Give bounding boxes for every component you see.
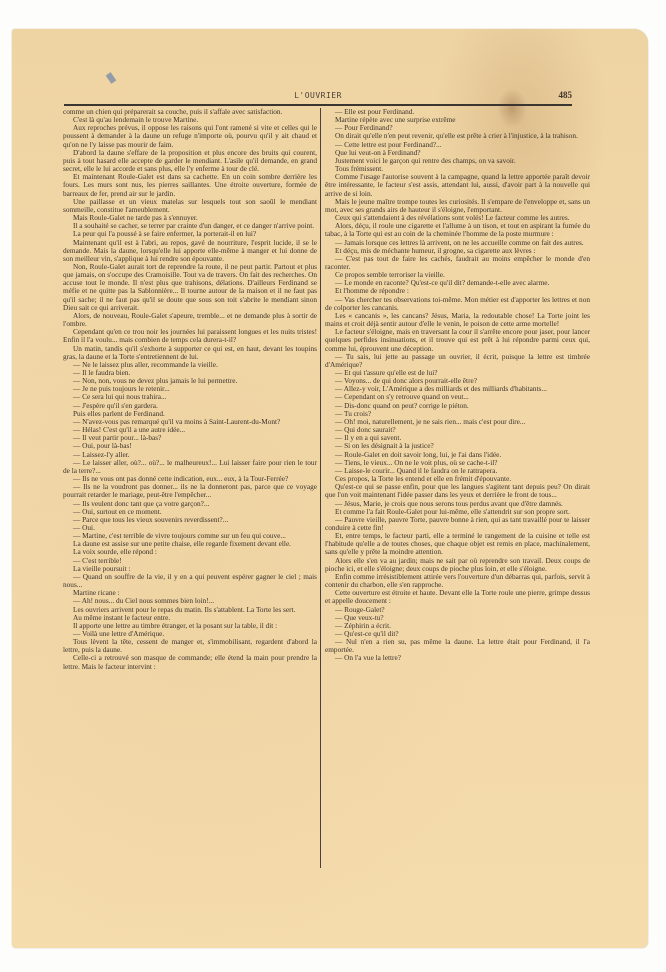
- paragraph: Cette ouverture est étroite et haute. De…: [325, 589, 590, 605]
- paragraph: Comme l'usage l'autorise souvent à la ca…: [325, 173, 590, 197]
- paragraph: — C'est pas tout de faire les cachés, fa…: [325, 255, 590, 271]
- paragraph: — Tu sais, lui jette au passage un ouvri…: [325, 353, 590, 369]
- left-column: comme un chien qui préparerait sa couche…: [63, 108, 317, 671]
- paragraph: — Nul n'en a rien su, pas même la daune.…: [325, 638, 590, 654]
- paragraph: — Vas chercher tes observations toi-même…: [325, 296, 590, 312]
- paragraph: Tous lèvent la tête, cessent de manger e…: [63, 638, 317, 654]
- paragraph: Alors, déçu, il roule une cigarette et l…: [325, 222, 590, 238]
- paragraph: Les « cancanis », les cancans? Jésus, Ma…: [325, 312, 590, 328]
- paragraph: Le facteur s'éloigne, mais en traversant…: [325, 328, 590, 352]
- paragraph: Enfin comme irrésistiblement attirée ver…: [325, 573, 590, 589]
- paragraph: — On l'a vue la lettre?: [325, 654, 590, 662]
- paragraph: Non, Roule-Galet aurait tort de reprendr…: [63, 263, 317, 312]
- right-column: — Elle est pour Ferdinand.Martine répète…: [325, 108, 590, 663]
- paragraph: — Ils ne la voudront pas donner... ils n…: [63, 483, 317, 499]
- paragraph: — Parce que tous les vieux souvenirs rev…: [63, 516, 317, 524]
- paragraph: Et maintenant Roule-Galet est dans sa ca…: [63, 173, 317, 197]
- paragraph: — Le laisser aller, où?... où?... le mal…: [63, 459, 317, 475]
- paragraph: — Quand on souffre de la vie, il y en a …: [63, 573, 317, 589]
- paragraph: — Pauvre vieille, pauvre Torte, pauvre b…: [325, 516, 590, 532]
- paragraph: Un matin, tandis qu'il s'exhorte à suppo…: [63, 345, 317, 361]
- paragraph: Alors elle s'en va au jardin; mais ne sa…: [325, 557, 590, 573]
- paragraph: Une paillasse et un vieux matelas sur le…: [63, 198, 317, 214]
- page-header: L'OUVRIER 485: [64, 88, 572, 102]
- column-divider: [320, 108, 321, 868]
- paragraph: Et, entre temps, le facteur parti, elle …: [325, 532, 590, 556]
- paragraph: Celle-ci a retrouvé son masque de comman…: [63, 654, 317, 670]
- paragraph: Alors, de nouveau, Roule-Galet s'apeure,…: [63, 312, 317, 328]
- paragraph: Cependant qu'en ce trou noir les journée…: [63, 328, 317, 344]
- paragraph: Qu'est-ce qui se passe enfin, pour que l…: [325, 483, 590, 499]
- header-rule: [64, 104, 572, 106]
- paragraph: Maintenant qu'il est à l'abri, au repos,…: [63, 239, 317, 263]
- paragraph: Mais le jeune maître trompe toutes les c…: [325, 198, 590, 214]
- page-number: 485: [559, 90, 573, 100]
- paragraph: D'abord la daune s'effare de la proposit…: [63, 149, 317, 173]
- paragraph: Aux reproches prévus, il oppose les rais…: [63, 124, 317, 148]
- running-title: L'OUVRIER: [64, 91, 572, 100]
